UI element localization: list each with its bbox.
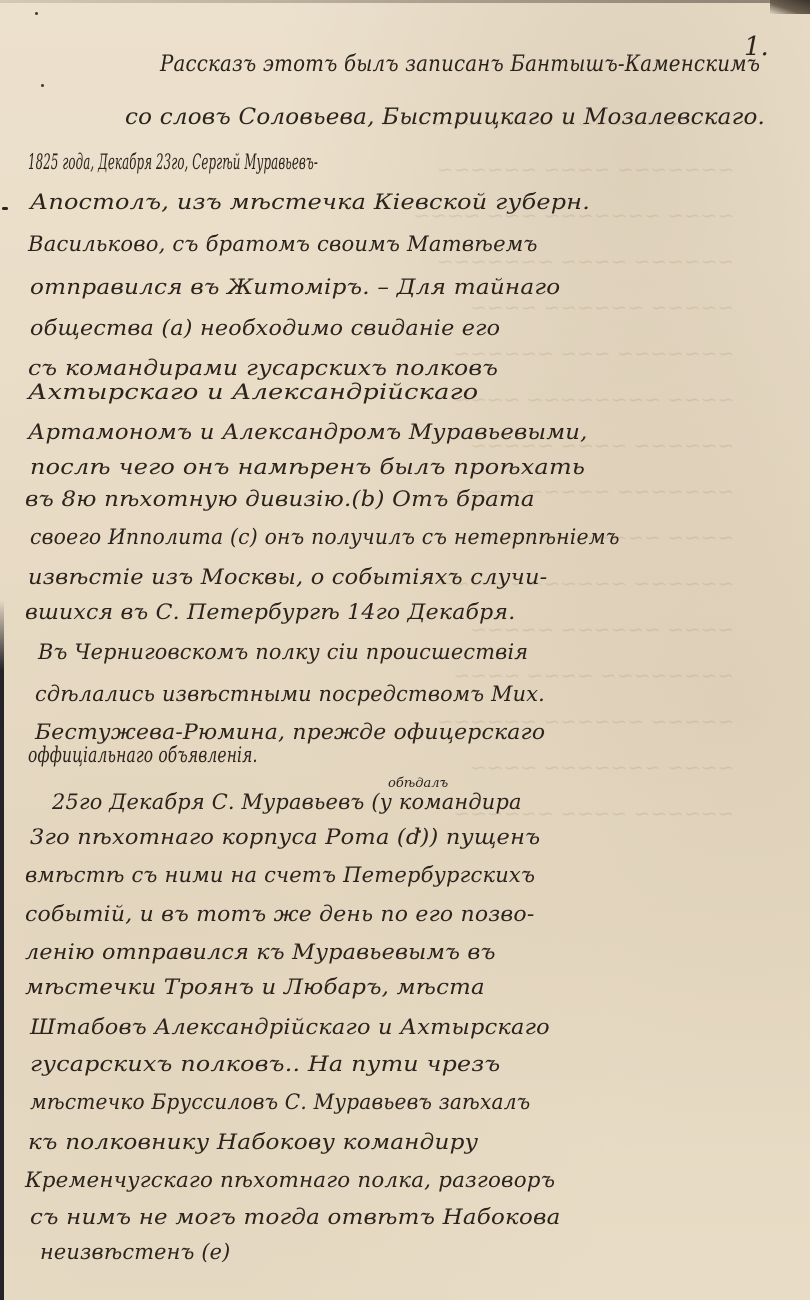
text-line: сдѣлались извѣстными посредствомъ Мих. (35, 682, 545, 706)
text-line: 25го Декабря С. Муравьевъ (у командира (52, 790, 522, 814)
interlinear-note: обѣдалъ (388, 776, 448, 791)
text-line: Артамономъ и Александромъ Муравьевыми, (28, 420, 588, 444)
text-line: Ахтырскаго и Александрійскаго (28, 380, 478, 404)
text-line: съ командирами гусарскихъ полковъ (28, 356, 498, 380)
text-line: со словъ Соловьева, Быстрицкаго и Мозале… (125, 105, 765, 130)
text-line: мѣстечко Бруссиловъ С. Муравьевъ заѣхалъ (30, 1090, 530, 1114)
text-line: Рассказъ этотъ былъ записанъ Бантышъ-Кам… (160, 52, 760, 77)
text-line: своего Ипполита (с) онъ получилъ съ нете… (30, 525, 620, 549)
ink-speck (35, 12, 38, 15)
text-line: оффиціальнаго объявленія. (28, 743, 258, 767)
text-line: Бестужева-Рюмина, прежде офицерскаго (35, 720, 545, 744)
text-line: событій, и въ тотъ же день по его позво- (25, 902, 534, 926)
text-line: 3го пѣхотнаго корпуса Рота (d)) пущенъ (30, 825, 540, 849)
text-line: послѣ чего онъ намѣренъ былъ проѣхать (30, 455, 585, 479)
text-line: общества (а) необходимо свиданіе его (30, 316, 500, 340)
text-line: Васильково, съ братомъ своимъ Матвѣемъ (28, 232, 538, 256)
text-line: вшихся въ С. Петербургѣ 14го Декабря. (25, 600, 515, 624)
text-line: вмѣстѣ съ ними на счетъ Петербургскихъ (25, 863, 535, 887)
page-corner-shadow (770, 0, 810, 14)
text-line: Кременчугскаго пѣхотнаго полка, разговор… (25, 1168, 555, 1192)
text-line: отправился въ Житоміръ. – Для тайнаго (30, 275, 560, 299)
margin-mark (2, 207, 8, 210)
manuscript-page: ~~~~ ~~~~~~ ~~~~ ~~~~~~~~~~~~~ ~~~~ ~~~~… (0, 0, 810, 1300)
ink-speck (41, 84, 44, 87)
text-line: 1825 года, Декабря 23го, Сергѣй Муравьев… (28, 150, 318, 174)
text-line: въ 8ю пѣхотную дивизію.(b) Отъ брата (25, 487, 535, 511)
text-line: неизвѣстенъ (е) (40, 1240, 230, 1264)
text-line: Апостолъ, изъ мѣстечка Кіевской губерн. (30, 190, 590, 214)
text-line: Штабовъ Александрійскаго и Ахтырскаго (30, 1015, 550, 1039)
text-line: мѣстечки Троянъ и Любаръ, мѣста (25, 975, 485, 999)
text-line: Въ Черниговскомъ полку сіи происшествія (38, 640, 528, 664)
text-line: съ нимъ не могъ тогда отвѣтъ Набокова (30, 1205, 560, 1229)
text-line: ленію отправился къ Муравьевымъ въ (25, 940, 496, 964)
binding-edge (0, 600, 4, 1300)
page-top-edge (0, 0, 810, 3)
text-line: извѣстіе изъ Москвы, о событіяхъ случи- (28, 565, 547, 589)
text-line: гусарскихъ полковъ.. На пути чрезъ (30, 1052, 500, 1076)
text-line: къ полковнику Набокову командиру (28, 1130, 478, 1154)
